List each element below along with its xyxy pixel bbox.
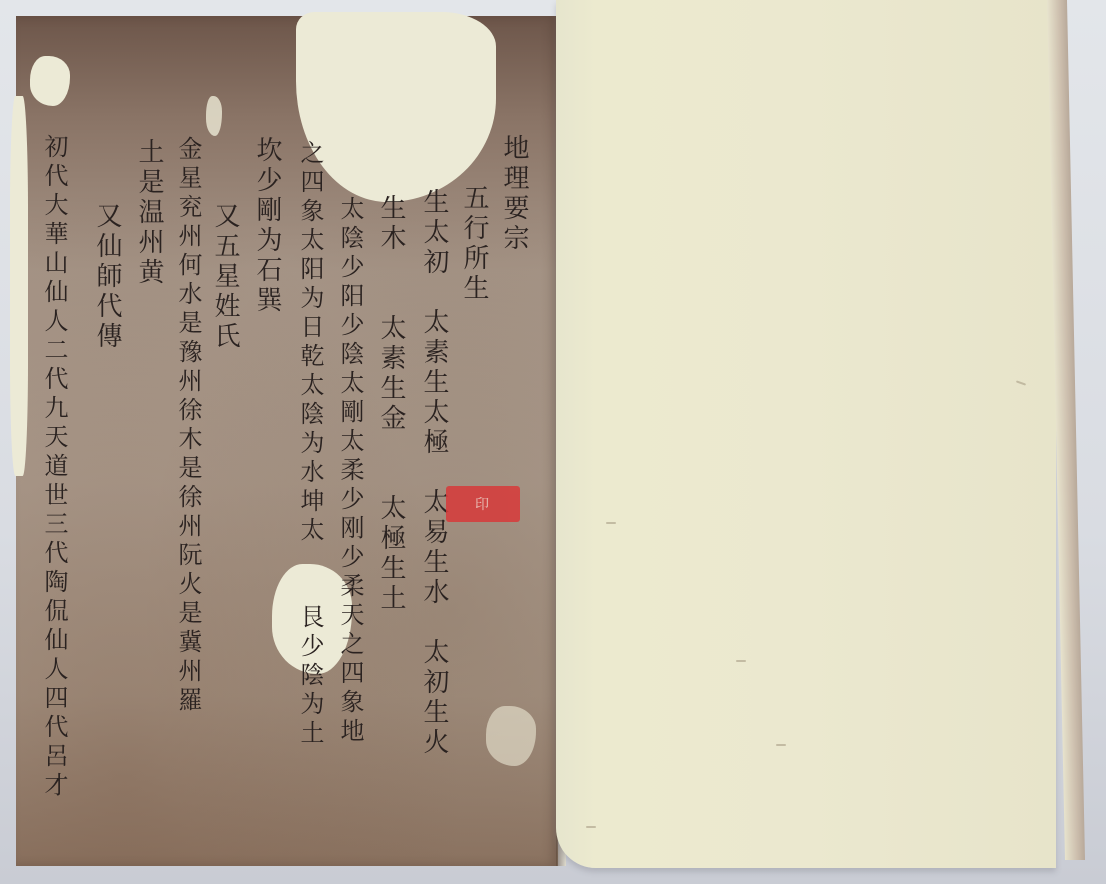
red-seal-stamp: 印: [446, 486, 520, 522]
text-column: 坎少剛为石巽: [254, 136, 280, 316]
paper-fleck: [1016, 380, 1026, 385]
paper-fleck: [736, 660, 746, 662]
paper-damage: [206, 96, 222, 136]
open-book: 地理要宗 五行所生 生太初 太素生太極 太易生水 太初生火 生木 太素生金 太極…: [0, 0, 1106, 884]
paper-damage: [486, 706, 536, 766]
text-column: 之四象太阳为日乾太陰为水坤太 艮少陰为土: [298, 140, 322, 749]
paper-fleck: [586, 826, 596, 828]
text-column: 又仙師代傳: [94, 202, 120, 352]
text-column: 土是温州黄: [136, 138, 162, 288]
text-column: 金星兖州何水是豫州徐木是徐州阮火是冀州羅: [176, 136, 200, 716]
paper-damage: [30, 56, 70, 106]
left-page: 地理要宗 五行所生 生太初 太素生太極 太易生水 太初生火 生木 太素生金 太極…: [16, 16, 558, 866]
paper-damage: [10, 96, 28, 476]
text-column: 生太初 太素生太極 太易生水 太初生火: [421, 188, 447, 758]
text-column: 又五星姓氏: [212, 202, 238, 352]
text-column: 生木 太素生金 太極生土: [378, 194, 404, 614]
text-column-title: 地理要宗: [501, 134, 527, 254]
text-column: 初代大華山仙人二代九天道世三代陶侃仙人四代呂才: [42, 134, 66, 801]
paper-fleck: [776, 744, 786, 746]
text-column: 五行所生: [461, 184, 487, 304]
paper-damage: [296, 12, 496, 202]
text-column: 太陰少阳少陰太剛太柔少刚少柔天之四象地: [338, 196, 362, 747]
right-page-blank: [556, 0, 1056, 868]
paper-fleck: [606, 522, 616, 524]
